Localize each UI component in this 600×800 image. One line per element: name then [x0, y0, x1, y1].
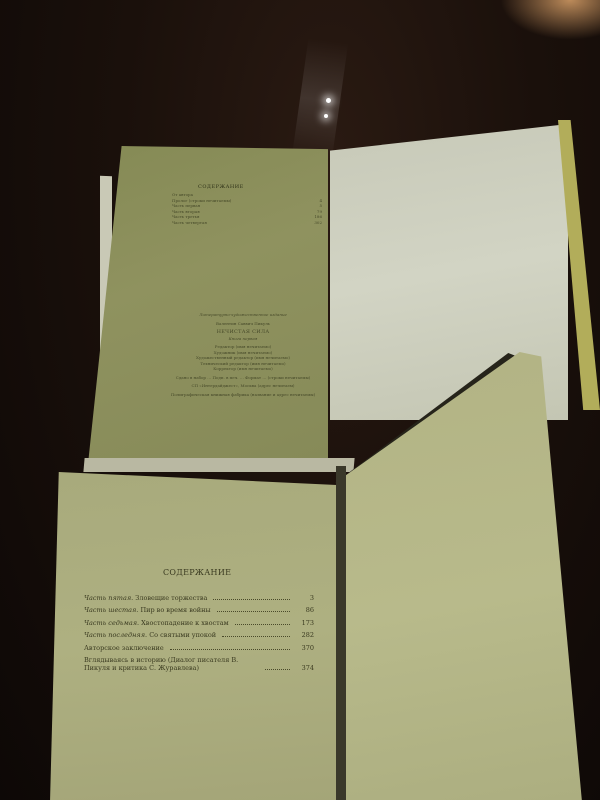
- toc-entry-title: Вглядываясь в историю (Диалог писателя В…: [84, 656, 259, 672]
- toc-entry-page: 370: [296, 644, 314, 652]
- author-name: Валентин Саввич Пикуль: [168, 321, 318, 327]
- upper-toc-title: СОДЕРЖАНИЕ: [198, 185, 244, 190]
- toc-entry-page: 3: [296, 594, 314, 602]
- book-spine-gutter: [336, 466, 346, 800]
- toc-entry-title: Авторское заключение: [84, 644, 164, 652]
- toc-entry: Вглядываясь в историю (Диалог писателя В…: [84, 656, 314, 672]
- toc-entry-page: 86: [296, 606, 314, 614]
- toc-entry: Часть седьмая. Хвостопадение к хвостам17…: [84, 619, 314, 627]
- toc-entry-page: 374: [296, 664, 314, 672]
- dot-leader: [265, 669, 290, 670]
- toc-entry: Часть последняя. Со святыми упокой282: [84, 631, 314, 639]
- upper-toc: От автораПролог (строки нечитаемы)4Часть…: [172, 192, 322, 226]
- dot-leader: [217, 611, 290, 612]
- toc-entry: Часть пятая. Зловещие торжества3: [84, 594, 314, 602]
- toc-entry-page: 302: [314, 220, 322, 226]
- lower-book: [0, 350, 600, 800]
- lower-toc-title: СОДЕРЖАНИЕ: [163, 568, 231, 577]
- lower-toc: Часть пятая. Зловещие торжества3Часть ше…: [84, 594, 314, 676]
- dot-leader: [213, 599, 290, 600]
- dot-leader: [170, 649, 290, 650]
- toc-entry-page: 173: [296, 619, 314, 627]
- lower-book-right-page: [342, 352, 582, 800]
- toc-entry-title: Часть последняя. Со святыми упокой: [84, 631, 216, 639]
- book-volume: Книга первая: [168, 336, 318, 342]
- edition-type: Литературно-художественное издание: [168, 312, 318, 318]
- toc-entry-title: Часть пятая. Зловещие торжества: [84, 594, 207, 602]
- toc-entry: Часть шестая. Пир во время войны86: [84, 606, 314, 614]
- toc-entry-title: Часть седьмая. Хвостопадение к хвостам: [84, 619, 229, 627]
- toc-entry-title: Часть шестая. Пир во время войны: [84, 606, 211, 614]
- toc-entry: Часть четвертая302: [172, 220, 322, 226]
- dot-leader: [235, 624, 290, 625]
- toc-entry: Авторское заключение370: [84, 644, 314, 652]
- toc-entry-page: 282: [296, 631, 314, 639]
- toc-entry-title: Часть четвертая: [172, 220, 207, 226]
- dot-leader: [222, 636, 290, 637]
